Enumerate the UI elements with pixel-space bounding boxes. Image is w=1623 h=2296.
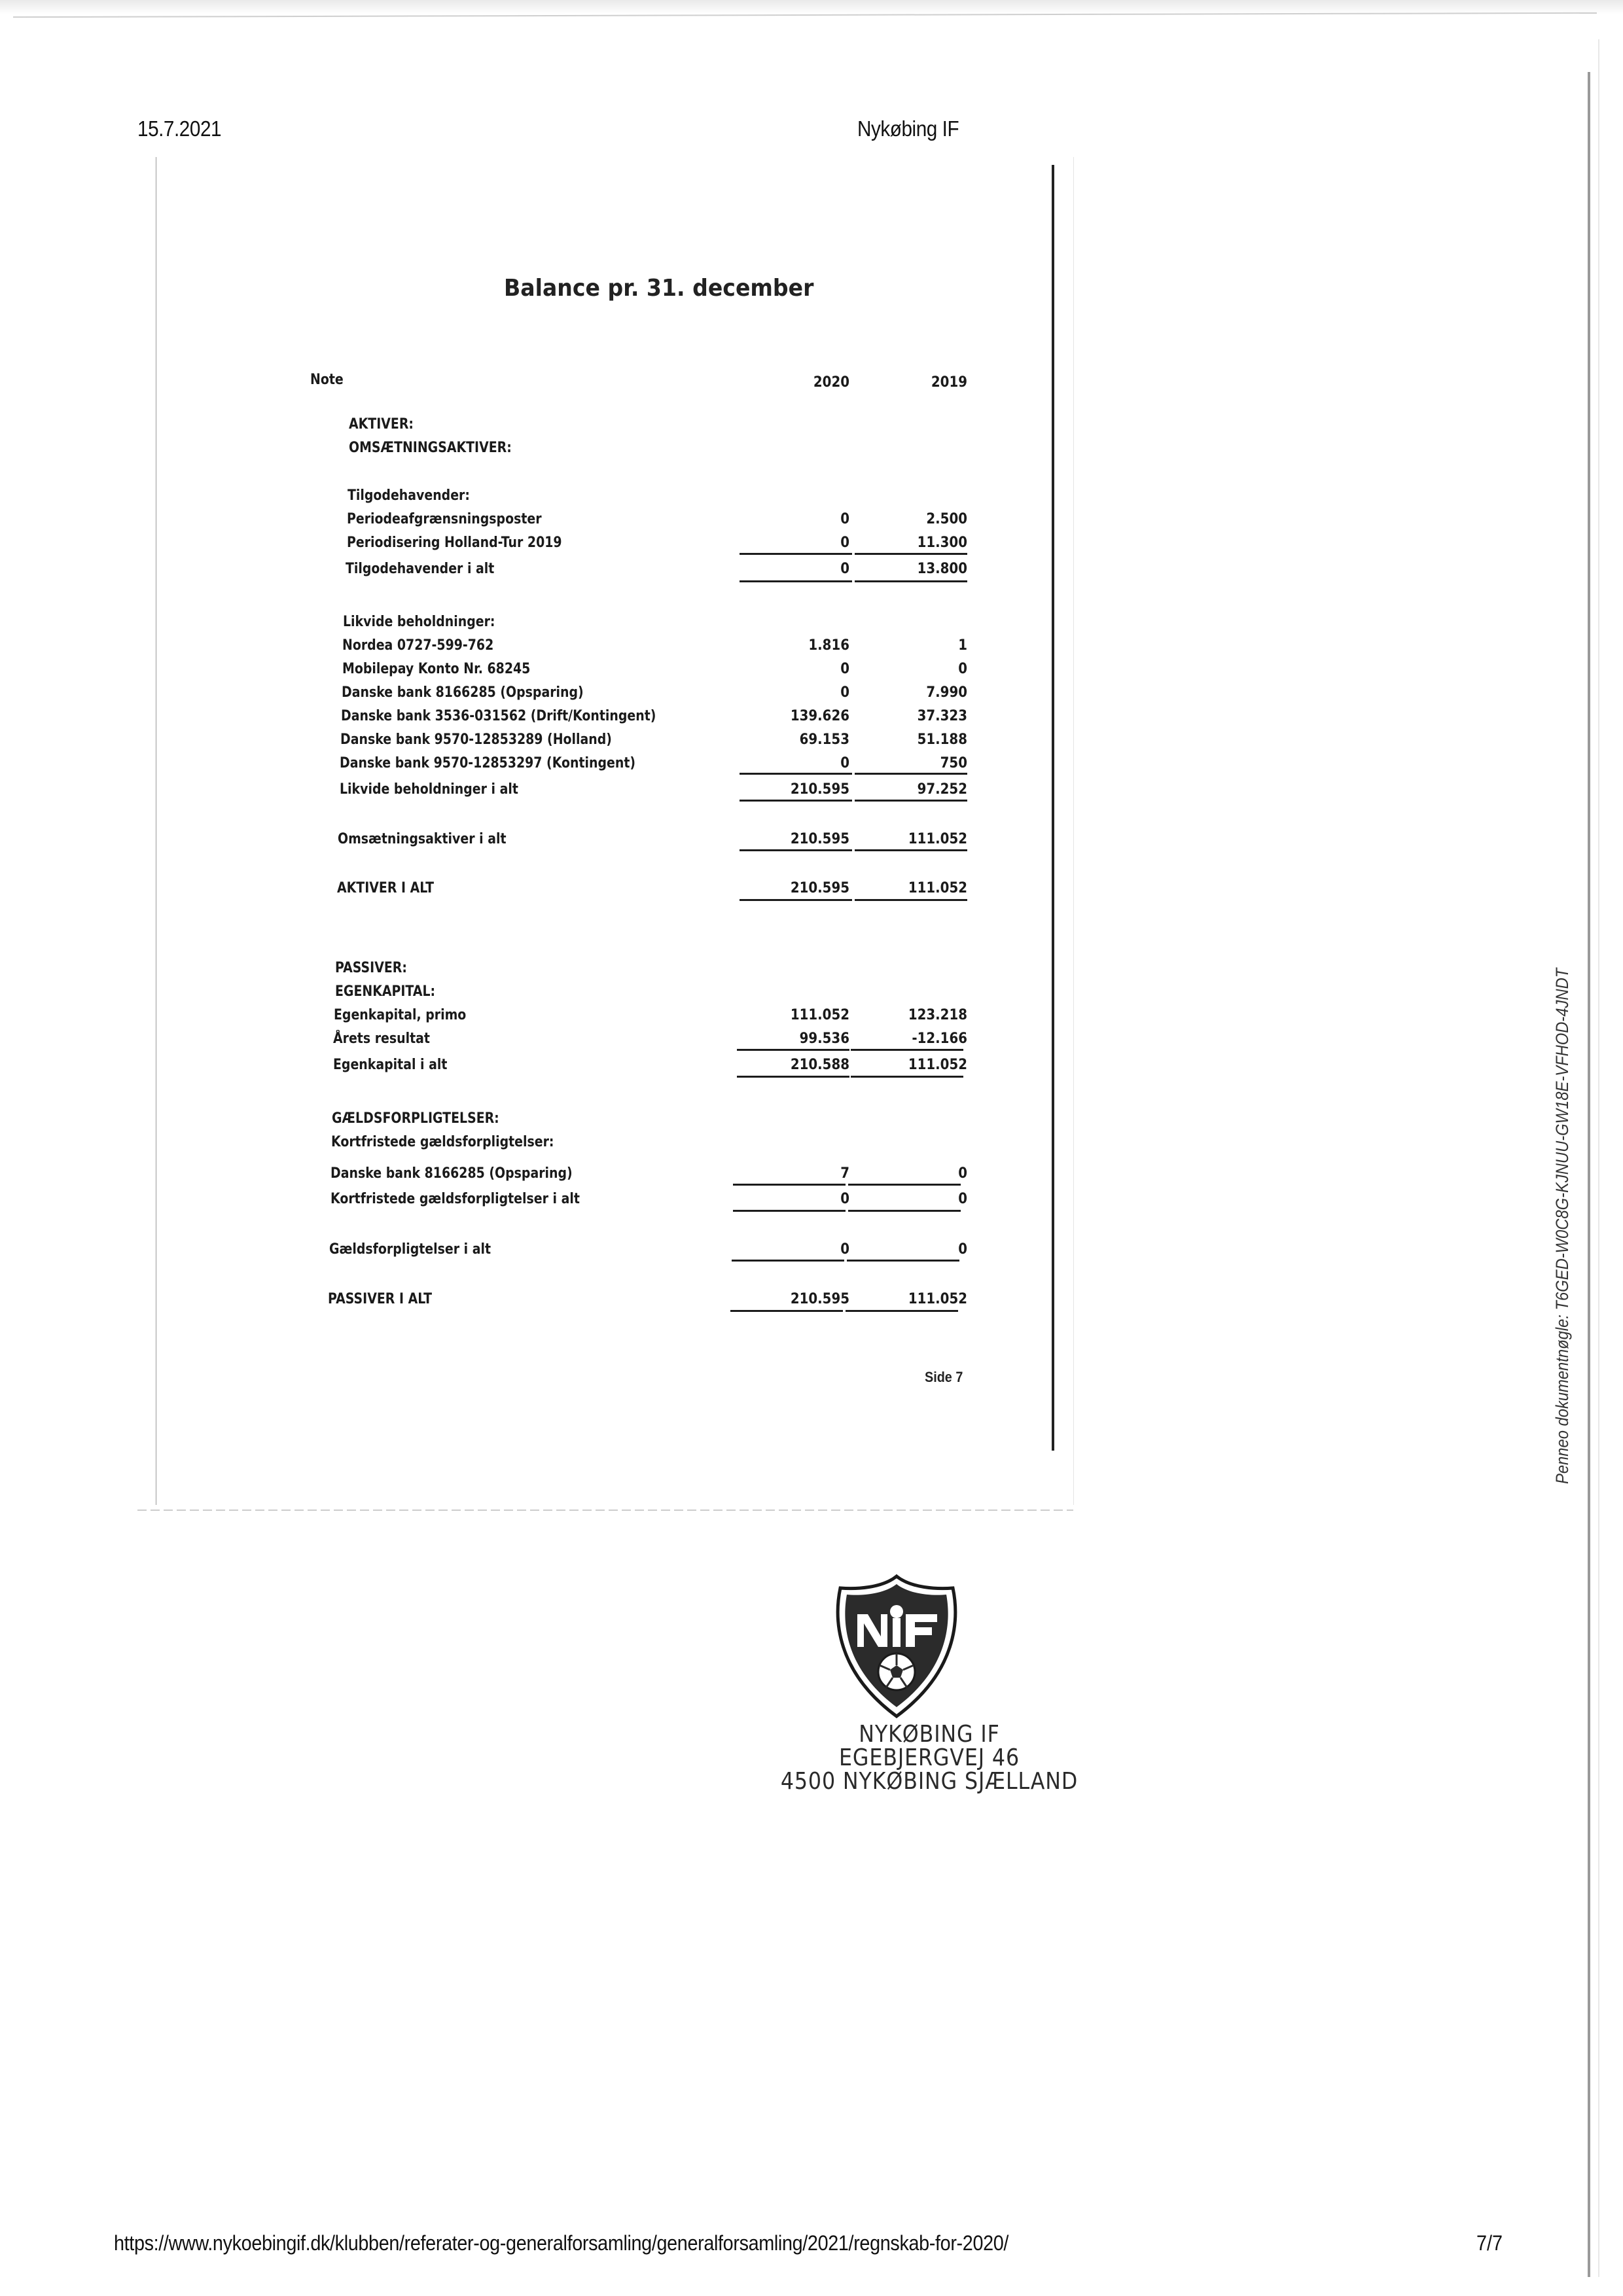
value-2020: 0 — [732, 561, 849, 577]
value-2019: 111.052 — [849, 880, 967, 896]
value-2020: 111.052 — [732, 1007, 849, 1023]
row-label: Tilgodehavender i alt — [346, 561, 494, 577]
value-2020: 210.595 — [732, 781, 849, 798]
total-rule — [847, 1260, 959, 1262]
value-2019: -12.166 — [849, 1031, 967, 1047]
value-2020: 0 — [732, 661, 849, 677]
balance-title: Balance pr. 31. december — [504, 275, 813, 302]
row-label: Danske bank 3536-031562 (Drift/Kontingen… — [341, 708, 656, 724]
value-2019: 13.800 — [849, 561, 967, 577]
value-2019: 7.990 — [849, 684, 967, 701]
inner-page-right-shadow — [1073, 157, 1074, 1505]
liabilities-heading: PASSIVER: — [335, 960, 407, 976]
row-label: Danske bank 9570-12853297 (Kontingent) — [340, 755, 635, 771]
total-rule — [851, 1076, 963, 1078]
subtotal-rule — [851, 1049, 963, 1051]
row-label: Danske bank 9570-12853289 (Holland) — [340, 732, 612, 748]
inner-page-right-edge — [1052, 165, 1054, 1451]
row-label: Egenkapital, primo — [334, 1007, 466, 1023]
total-rule — [855, 899, 967, 901]
value-2019: 111.052 — [849, 1057, 967, 1073]
scan-right-edge — [1588, 72, 1590, 2277]
value-2020: 0 — [732, 684, 849, 701]
total-rule — [730, 1310, 843, 1312]
total-rule — [855, 849, 967, 851]
value-2020: 0 — [732, 535, 849, 551]
receivables-heading: Tilgodehavender: — [348, 487, 470, 504]
row-label: Periodisering Holland-Tur 2019 — [347, 535, 562, 551]
year-2020-header: 2020 — [732, 374, 849, 391]
inner-page-left-edge — [156, 157, 156, 1505]
print-site-title: Nykøbing IF — [857, 116, 959, 141]
row-label: Gældsforpligtelser i alt — [329, 1241, 491, 1258]
subtotal-rule — [855, 553, 967, 555]
print-footer-url: https://www.nykoebingif.dk/klubben/refer… — [114, 2231, 1008, 2255]
total-rule — [732, 1260, 844, 1262]
value-2019: 11.300 — [849, 535, 967, 551]
total-rule — [740, 849, 852, 851]
value-2020: 0 — [732, 1241, 849, 1258]
row-label: Omsætningsaktiver i alt — [338, 831, 506, 847]
row-label: Egenkapital i alt — [333, 1057, 447, 1073]
total-rule — [848, 1210, 961, 1212]
total-rule — [740, 800, 852, 802]
total-rule — [740, 580, 852, 582]
value-2020: 0 — [732, 1191, 849, 1207]
row-label: Likvide beholdninger i alt — [340, 781, 518, 798]
value-2020: 210.595 — [732, 1291, 849, 1307]
print-page-count: 7/7 — [1476, 2231, 1503, 2255]
subtotal-rule — [740, 553, 852, 555]
row-label: Årets resultat — [333, 1031, 430, 1047]
row-label: Danske bank 8166285 (Opsparing) — [330, 1165, 573, 1182]
equity-heading: EGENKAPITAL: — [335, 983, 435, 1000]
value-2020: 210.588 — [732, 1057, 849, 1073]
value-2019: 0 — [849, 1241, 967, 1258]
value-2020: 139.626 — [732, 708, 849, 724]
row-label: AKTIVER I ALT — [337, 880, 434, 896]
value-2020: 0 — [732, 755, 849, 771]
value-2019: 37.323 — [849, 708, 967, 724]
total-rule — [740, 899, 852, 901]
subtotal-rule — [737, 1049, 849, 1051]
value-2019: 0 — [849, 1165, 967, 1182]
value-2019: 123.218 — [849, 1007, 967, 1023]
subtotal-rule — [740, 773, 852, 775]
value-2019: 1 — [849, 637, 967, 654]
row-label: Nordea 0727-599-762 — [342, 637, 493, 654]
value-2019: 111.052 — [849, 1291, 967, 1307]
row-label: Mobilepay Konto Nr. 68245 — [342, 661, 530, 677]
value-2020: 210.595 — [732, 880, 849, 896]
subtotal-rule — [848, 1184, 961, 1186]
value-2019: 750 — [849, 755, 967, 771]
total-rule — [733, 1210, 846, 1212]
value-2019: 51.188 — [849, 732, 967, 748]
total-rule — [855, 800, 967, 802]
inner-page-number: Side 7 — [925, 1369, 963, 1386]
total-rule — [855, 580, 967, 582]
value-2019: 111.052 — [849, 831, 967, 847]
value-2020: 1.816 — [732, 637, 849, 654]
scan-top-shadow — [0, 0, 1623, 14]
cash-heading: Likvide beholdninger: — [343, 614, 495, 630]
club-name: NYKØBING IF — [699, 1723, 1160, 1746]
club-street: EGEBJERGVEJ 46 — [699, 1746, 1160, 1770]
value-2020: 69.153 — [732, 732, 849, 748]
value-2019: 97.252 — [849, 781, 967, 798]
total-rule — [737, 1076, 849, 1078]
assets-heading: AKTIVER: — [349, 416, 414, 433]
value-2019: 0 — [849, 661, 967, 677]
row-label: Periodeafgrænsningsposter — [347, 511, 542, 527]
short-term-debt-heading: Kortfristede gældsforpligtelser: — [331, 1134, 554, 1150]
value-2019: 2.500 — [849, 511, 967, 527]
total-rule — [846, 1310, 958, 1312]
row-label: Danske bank 8166285 (Opsparing) — [342, 684, 584, 701]
subtotal-rule — [855, 773, 967, 775]
subtotal-rule — [733, 1184, 846, 1186]
penneo-document-key: Penneo dokumentnøgle: T6GED-W0C8G-KJNUU-… — [1552, 968, 1573, 1484]
current-assets-heading: OMSÆTNINGSAKTIVER: — [349, 440, 512, 456]
value-2019: 0 — [849, 1191, 967, 1207]
club-city: 4500 NYKØBING SJÆLLAND — [699, 1770, 1160, 1793]
club-shield-logo-icon — [832, 1574, 961, 1719]
club-address: NYKØBING IF EGEBJERGVEJ 46 4500 NYKØBING… — [699, 1723, 1160, 1793]
inner-page-bottom-edge — [137, 1510, 1073, 1511]
value-2020: 99.536 — [732, 1031, 849, 1047]
debt-heading: GÆLDSFORPLIGTELSER: — [332, 1110, 499, 1127]
value-2020: 210.595 — [732, 831, 849, 847]
year-2019-header: 2019 — [849, 374, 967, 391]
value-2020: 7 — [732, 1165, 849, 1182]
row-label: PASSIVER I ALT — [328, 1291, 432, 1307]
value-2020: 0 — [732, 511, 849, 527]
row-label: Kortfristede gældsforpligtelser i alt — [330, 1191, 580, 1207]
scan-right-edge-light — [1598, 39, 1599, 2277]
note-header: Note — [310, 372, 344, 388]
print-date: 15.7.2021 — [137, 116, 221, 141]
